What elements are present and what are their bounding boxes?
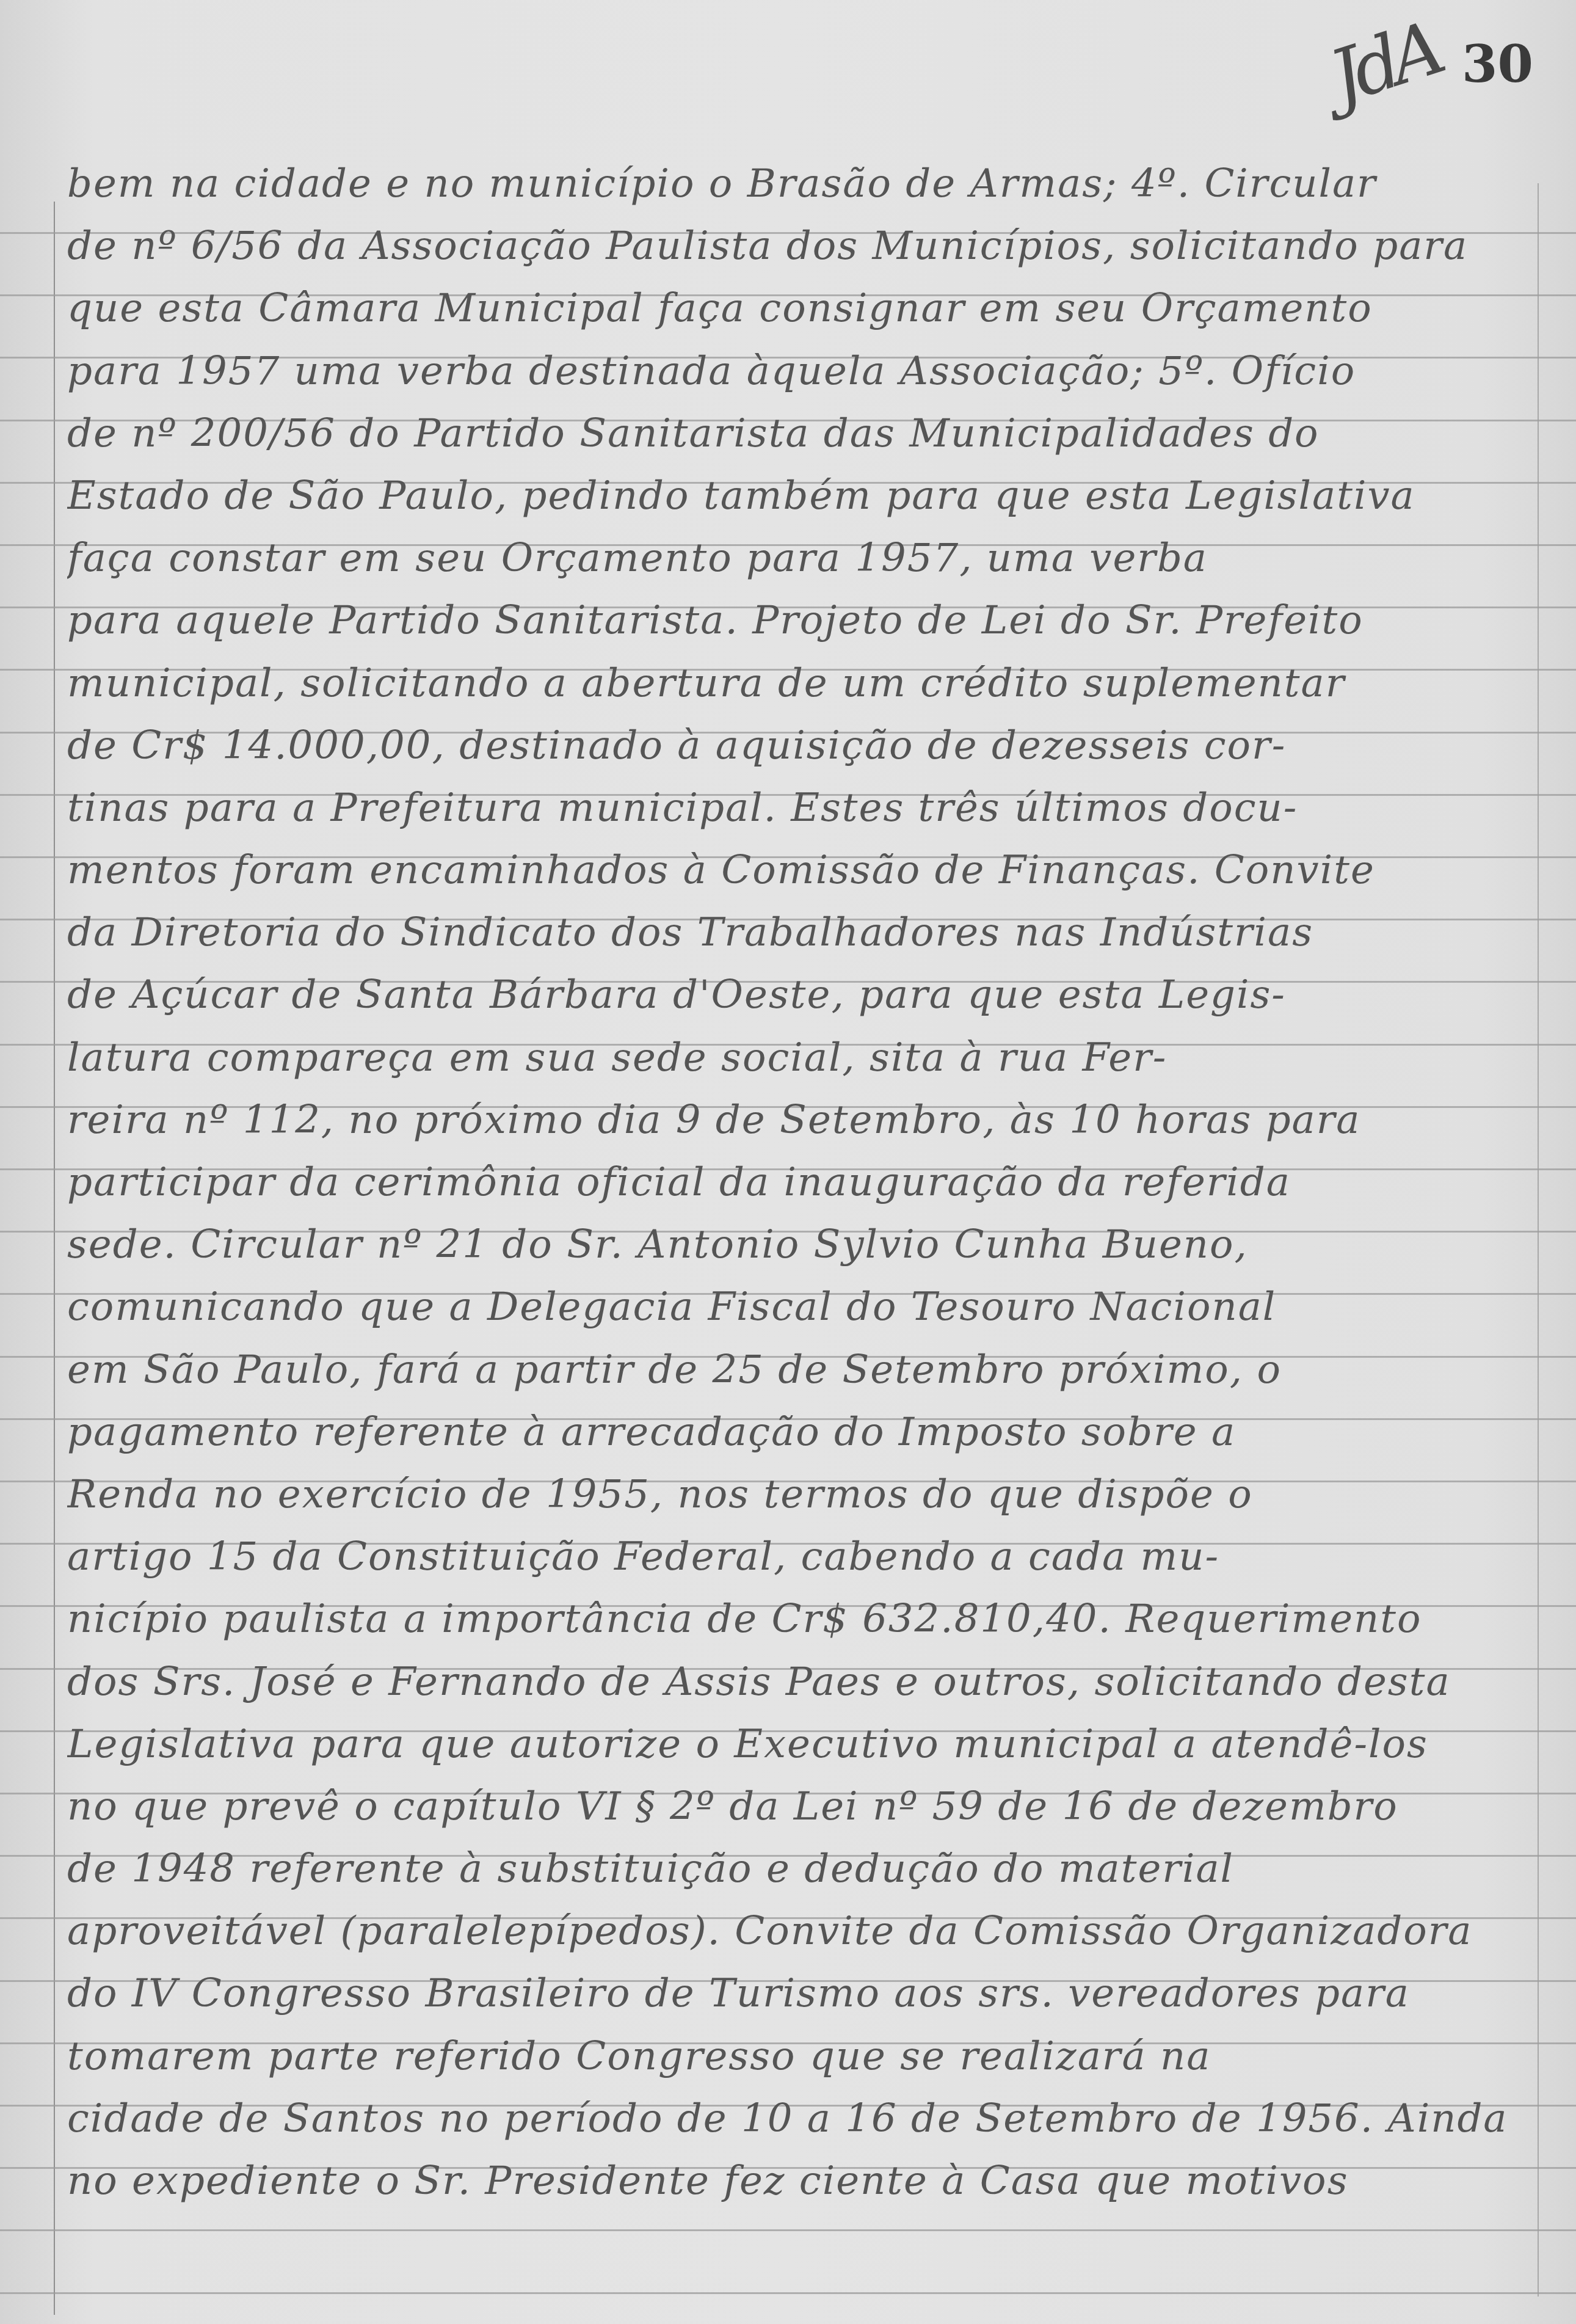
text-line: comunicando que a Delegacia Fiscal do Te… <box>67 1276 1527 1338</box>
text-line: pagamento referente à arrecadação do Imp… <box>67 1401 1527 1463</box>
text-line: faça constar em seu Orçamento para 1957,… <box>67 527 1527 589</box>
text-line: que esta Câmara Municipal faça consignar… <box>67 277 1527 340</box>
text-line: nicípio paulista a importância de Cr$ 63… <box>67 1588 1527 1650</box>
text-line: mentos foram encaminhados à Comissão de … <box>67 839 1527 902</box>
text-line: no expediente o Sr. Presidente fez cient… <box>67 2150 1527 2212</box>
handwritten-text-block: bem na cidade e no município o Brasão de… <box>67 153 1527 2212</box>
text-line: aproveitável (paralelepípedos). Convite … <box>67 1900 1527 1962</box>
text-line: cidade de Santos no período de 10 a 16 d… <box>67 2088 1527 2150</box>
text-line: de 1948 referente à substituição e deduç… <box>67 1838 1527 1900</box>
text-line: no que prevê o capítulo VI § 2º da Lei n… <box>67 1776 1527 1838</box>
ledger-page: JdA 30 bem na cidade e no município o Br… <box>0 0 1576 2324</box>
left-margin-line <box>54 202 55 2315</box>
page-header: JdA 30 <box>1331 21 1534 106</box>
text-line: Estado de São Paulo, pedindo também para… <box>67 465 1527 527</box>
text-line: de nº 6/56 da Associação Paulista dos Mu… <box>67 215 1527 277</box>
text-line: Legislativa para que autorize o Executiv… <box>67 1713 1527 1776</box>
text-line: tinas para a Prefeitura municipal. Estes… <box>67 777 1527 839</box>
initials-signature: JdA <box>1320 7 1448 120</box>
text-line: bem na cidade e no município o Brasão de… <box>67 153 1527 215</box>
text-line: para 1957 uma verba destinada àquela Ass… <box>67 340 1527 403</box>
text-line: de nº 200/56 do Partido Sanitarista das … <box>67 403 1527 465</box>
ruled-line <box>0 2292 1576 2294</box>
text-line: municipal, solicitando a abertura de um … <box>67 652 1527 715</box>
page-number: 30 <box>1462 34 1533 94</box>
text-line: tomarem parte referido Congresso que se … <box>67 2025 1527 2088</box>
text-line: artigo 15 da Constituição Federal, caben… <box>67 1526 1527 1588</box>
text-line: em São Paulo, fará a partir de 25 de Set… <box>67 1339 1527 1401</box>
text-line: sede. Circular nº 21 do Sr. Antonio Sylv… <box>67 1214 1527 1276</box>
text-line: dos Srs. José e Fernando de Assis Paes e… <box>67 1651 1527 1713</box>
text-line: da Diretoria do Sindicato dos Trabalhado… <box>67 902 1527 964</box>
text-line: reira nº 112, no próximo dia 9 de Setemb… <box>67 1089 1527 1151</box>
text-line: participar da cerimônia oficial da inaug… <box>67 1151 1527 1214</box>
text-line: de Cr$ 14.000,00, destinado à aquisição … <box>67 715 1527 777</box>
ruled-line <box>0 2229 1576 2231</box>
text-line: latura compareça em sua sede social, sit… <box>67 1027 1527 1089</box>
text-line: Renda no exercício de 1955, nos termos d… <box>67 1463 1527 1526</box>
text-line: de Açúcar de Santa Bárbara d'Oeste, para… <box>67 964 1527 1026</box>
text-line: do IV Congresso Brasileiro de Turismo ao… <box>67 1962 1527 2025</box>
text-line: para aquele Partido Sanitarista. Projeto… <box>67 589 1527 652</box>
